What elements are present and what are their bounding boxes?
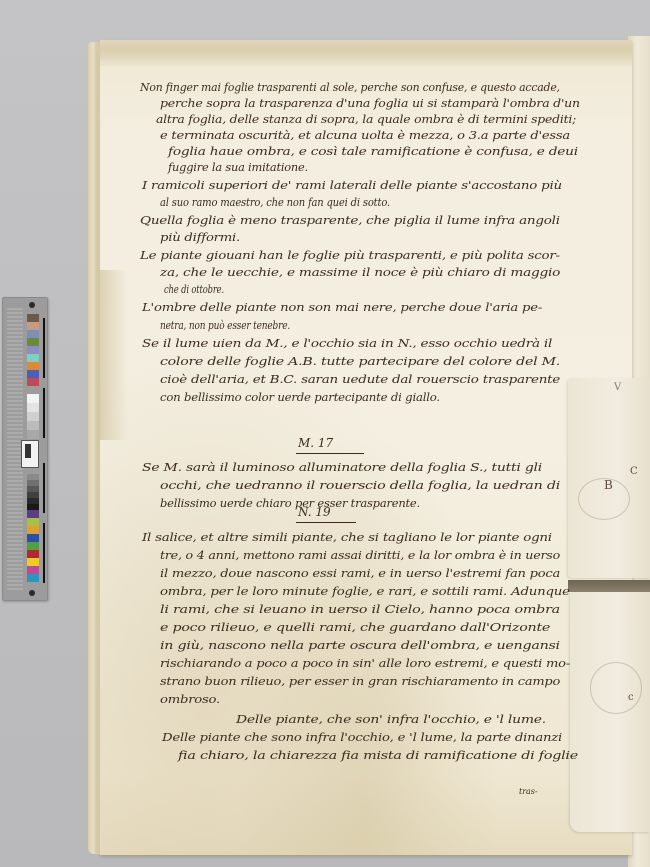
color-swatch (27, 370, 39, 378)
manuscript-line: in giù, nascono nella parte oscura dell'… (160, 638, 560, 652)
color-swatch (27, 338, 39, 346)
color-swatch (27, 322, 39, 330)
manuscript-line: colore delle foglie A.B. tutte partecipa… (160, 354, 560, 368)
figure-label-underline (296, 453, 364, 454)
dark-gray-swatches (27, 474, 39, 510)
manuscript-line: L'ombre delle piante non son mai nere, p… (142, 300, 542, 314)
slip-mark: V (614, 382, 621, 393)
color-swatch (27, 354, 39, 362)
manuscript-line: e terminata oscurità, et alcuna uolta è … (160, 128, 570, 142)
manuscript-line: za, che le uecchie, e massime il noce è … (160, 265, 560, 279)
manuscript-line: Delle piante che sono infra l'occhio, e … (162, 730, 562, 744)
strip-scale-bar (43, 388, 45, 438)
manuscript-line: fuggire la sua imitatione. (168, 160, 308, 174)
manuscript-line: Se il lume uien da M., e l'occhio sia in… (142, 336, 552, 350)
color-swatch (27, 378, 39, 386)
manuscript-line: strano buon rilieuo, per esser in gran r… (160, 674, 560, 688)
color-swatch (27, 574, 39, 582)
manuscript-line: al suo ramo maestro, che non fan quei di… (160, 195, 390, 209)
slip-mark: c (628, 692, 634, 703)
strip-scale-bar (43, 318, 45, 378)
color-swatch (27, 550, 39, 558)
color-swatches-top (27, 314, 39, 386)
strip-hole-bottom (29, 590, 35, 596)
manuscript-line: ombra, per le loro minute foglie, e rari… (160, 584, 570, 598)
manuscript-line: tre, o 4 anni, mettono rami assai diritt… (160, 548, 560, 562)
color-swatch (27, 542, 39, 550)
figure-label-m: M. 17 (298, 436, 333, 450)
manuscript-line: Le piante giouani han le foglie più tras… (140, 248, 560, 262)
manuscript-line: il mezzo, doue nascono essi rami, e in u… (160, 566, 560, 580)
color-swatch (27, 412, 39, 421)
strip-label (21, 440, 39, 468)
manuscript-line: foglia haue ombra, e così tale ramificat… (168, 144, 578, 158)
page-top-stain (100, 40, 632, 66)
faint-sunburst-sketch (590, 662, 642, 714)
inserted-slip-upper: V B C (568, 378, 650, 578)
color-swatch (27, 330, 39, 338)
page-water-stain (100, 270, 128, 440)
manuscript-line: bellissimo uerde chiaro per esser traspa… (160, 496, 420, 510)
color-swatch (27, 558, 39, 566)
color-swatch (27, 430, 39, 439)
manuscript-line: Delle piante, che son' infra l'occhio, e… (236, 712, 546, 726)
manuscript-line: occhi, che uedranno il rouerscio della f… (160, 478, 560, 492)
color-swatch (27, 518, 39, 526)
gray-swatches (27, 394, 39, 439)
color-swatch (27, 346, 39, 354)
figure-label-n: N. 19 (298, 505, 331, 519)
manuscript-line: e poco rilieuo, e quelli rami, che guard… (160, 620, 550, 634)
manuscript-line: perche sopra la trasparenza d'una foglia… (160, 96, 580, 110)
color-swatch (27, 421, 39, 430)
strip-hole-top (29, 302, 35, 308)
manuscript-line: altra foglia, delle stanza di sopra, la … (156, 112, 576, 126)
manuscript-line: Il salice, et altre simili piante, che s… (142, 530, 552, 544)
color-swatch (27, 394, 39, 403)
manuscript-line: più difformi. (160, 230, 240, 244)
color-swatch (27, 362, 39, 370)
color-swatch (27, 314, 39, 322)
manuscript-line: fia chiaro, la chiarezza fia mista di ra… (178, 748, 578, 762)
catchword: tras- (519, 787, 538, 796)
manuscript-line: Se M. sarà il luminoso alluminatore dell… (142, 460, 542, 474)
manuscript-line: che di ottobre. (164, 282, 224, 296)
figure-label-underline (296, 522, 356, 523)
manuscript-line: li rami, che si leuano in uerso il Cielo… (160, 602, 560, 616)
color-swatch (27, 534, 39, 542)
slip-mark: C (630, 466, 638, 477)
manuscript-line: ombroso. (160, 692, 220, 706)
manuscript-line: netra, non può esser tenebre. (160, 318, 290, 332)
faint-sketch (578, 478, 630, 520)
color-swatches-bottom (27, 510, 39, 582)
color-swatch (27, 403, 39, 412)
strip-scale-bar (43, 463, 45, 513)
color-swatch (27, 526, 39, 534)
slip-fold-shadow (568, 580, 650, 592)
manuscript-line: Quella foglia è meno trasparente, che pi… (140, 213, 560, 227)
manuscript-line: Non finger mai foglie trasparenti al sol… (140, 80, 560, 94)
color-swatch (27, 510, 39, 518)
color-calibration-target (2, 297, 48, 601)
manuscript-line: I ramicoli superiori de' rami laterali d… (142, 178, 562, 192)
manuscript-line: rischiarando a poco a poco in sin' alle … (160, 656, 570, 670)
inserted-slip-lower: c (570, 592, 650, 832)
color-swatch (27, 566, 39, 574)
strip-scale-bar (43, 523, 45, 583)
manuscript-line: con bellissimo color uerde partecipante … (160, 390, 440, 404)
manuscript-line: cioè dell'aria, et B.C. saran uedute dal… (160, 372, 560, 386)
